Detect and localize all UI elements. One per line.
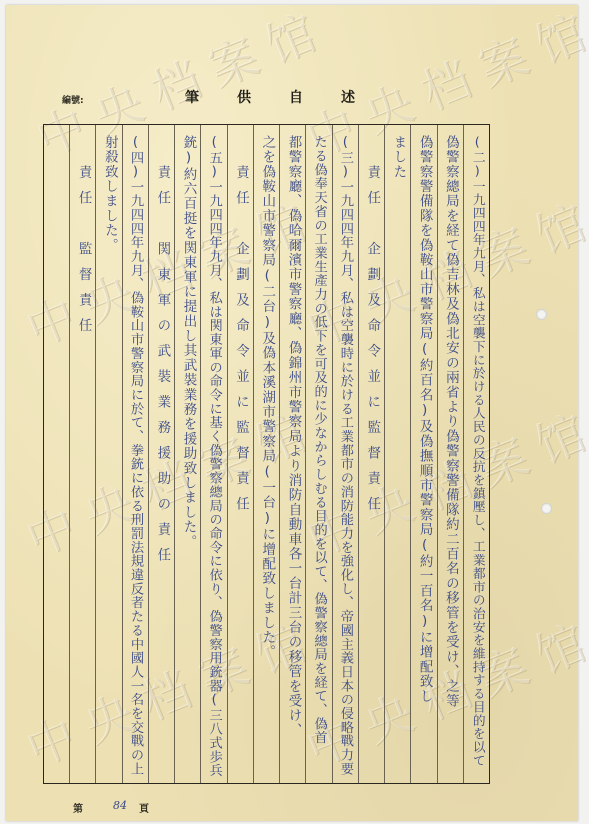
manuscript-column: 射殺致しました。 bbox=[95, 125, 121, 783]
responsibility-line: 責任 企劃及命令並に監督責任 bbox=[234, 165, 248, 522]
handwritten-line: ました bbox=[391, 135, 405, 179]
responsibility-line: 責任 関東軍の武裝業務援助の責任 bbox=[155, 165, 169, 573]
title-char: 述 bbox=[341, 87, 355, 107]
manuscript-column: 責任 監督責任 bbox=[69, 125, 95, 783]
page-suffix: 頁 bbox=[139, 800, 149, 815]
title-char: 自 bbox=[289, 87, 303, 107]
page-prefix: 第 bbox=[73, 800, 83, 815]
manuscript-column: 偽警察警備隊を偽鞍山市警察局(約百名)及偽撫順市警察局(約一百名)に增配致し bbox=[410, 125, 436, 783]
manuscript-column: たる偽奉天省の工業生產力の低下を可及的に少なからしむる目的を以て、偽警察總局を経… bbox=[305, 125, 331, 783]
handwritten-line: 都警察廳、偽哈爾濱市警察廳、偽錦州市警察局より消防自動車各一台計三台の移管を受け… bbox=[286, 135, 300, 738]
ruled-manuscript-grid: (二)一九四四年九月、私は空襲下に於ける人民の反抗を鎮壓し、工業都市の治安を維持… bbox=[43, 124, 490, 784]
handwritten-line: 偽警察總局を経て偽吉林及偽北安の兩省より偽警察警備隊約二百名の移管を受け、之等 bbox=[443, 135, 457, 708]
manuscript-column: 責任 企劃及命令並に監督責任 bbox=[358, 125, 384, 783]
manuscript-column: 責任 企劃及命令並に監督責任 bbox=[227, 125, 253, 783]
title-char: 筆 bbox=[185, 87, 199, 107]
responsibility-line: 責任 監督責任 bbox=[76, 165, 90, 344]
manuscript-column: 都警察廳、偽哈爾濱市警察廳、偽錦州市警察局より消防自動車各一台計三台の移管を受け… bbox=[279, 125, 305, 783]
file-number-label: 編號: bbox=[62, 93, 84, 106]
manuscript-column bbox=[44, 125, 69, 783]
manuscript-column: 銃)約六百挺を関東軍に提出し其武裝業務を援助致しました。 bbox=[174, 125, 200, 783]
handwritten-line: (三)一九四四年九月、私は空襲時に於ける工業都市の消防能力を強化し、帝國主義日本… bbox=[339, 135, 352, 776]
handwritten-line: 偽警察警備隊を偽鞍山市警察局(約百名)及偽撫順市警察局(約一百名)に增配致し bbox=[417, 135, 431, 704]
handwritten-line: (五)一九四四年九月、私は関東軍の命令に基く偽警察總局の命令に依り、偽警察用銃器… bbox=[207, 135, 220, 777]
punch-hole bbox=[541, 503, 552, 514]
manuscript-column: (二)一九四四年九月、私は空襲下に於ける人民の反抗を鎮壓し、工業都市の治安を維持… bbox=[463, 125, 489, 783]
handwritten-line: たる偽奉天省の工業生產力の低下を可及的に少なからしむる目的を以て、偽警察總局を経… bbox=[312, 135, 325, 744]
responsibility-line: 責任 企劃及命令並に監督責任 bbox=[365, 165, 379, 522]
manuscript-column: 責任 関東軍の武裝業務援助の責任 bbox=[148, 125, 174, 783]
handwritten-line: 射殺致しました。 bbox=[102, 135, 116, 253]
page-number: 84 bbox=[113, 799, 127, 812]
handwritten-line: (四)一九四四年九月、偽鞍山市警察局に於て、拳銃に依る刑罰法規違反者たる中國人一… bbox=[129, 135, 142, 776]
title-char: 供 bbox=[237, 87, 251, 107]
manuscript-column: 偽警察總局を経て偽吉林及偽北安の兩省より偽警察警備隊約二百名の移管を受け、之等 bbox=[437, 125, 463, 783]
page-title: 筆 供 自 述 bbox=[185, 87, 355, 107]
manuscript-column: (四)一九四四年九月、偽鞍山市警察局に於て、拳銃に依る刑罰法規違反者たる中國人一… bbox=[122, 125, 148, 783]
handwritten-line: 之を偽鞍山市警察局(二台)及偽本溪湖市警察局(一台)に增配致しました。 bbox=[260, 135, 274, 660]
punch-hole bbox=[536, 309, 547, 320]
manuscript-column: (五)一九四四年九月、私は関東軍の命令に基く偽警察總局の命令に依り、偽警察用銃器… bbox=[200, 125, 226, 783]
manuscript-column: 之を偽鞍山市警察局(二台)及偽本溪湖市警察局(一台)に增配致しました。 bbox=[253, 125, 279, 783]
handwritten-line: (二)一九四四年九月、私は空襲下に於ける人民の反抗を鎮壓し、工業都市の治安を維持… bbox=[470, 135, 483, 767]
manuscript-column: ました bbox=[384, 125, 410, 783]
manuscript-column: (三)一九四四年九月、私は空襲時に於ける工業都市の消防能力を強化し、帝國主義日本… bbox=[332, 125, 358, 783]
handwritten-line: 銃)約六百挺を関東軍に提出し其武裝業務を援助致しました。 bbox=[181, 135, 195, 549]
